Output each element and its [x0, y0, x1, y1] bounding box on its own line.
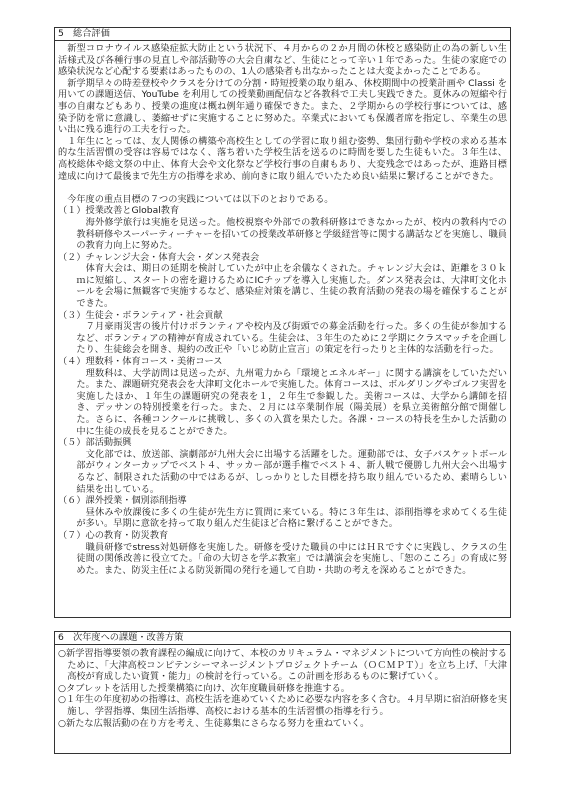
item-body: 理数科は、大学訪問は見送ったが、九州電力から「環境とエネルギー」に関する講演をし… — [58, 368, 507, 438]
section-body: 新型コロナウイルス感染症拡大防止という状況下、４月からの２か月間の休校と感染防止… — [55, 41, 510, 576]
item-body: 体育大会は、期日の延期を検討していたが中止を余儀なくされた。チャレンジ大会は、距… — [58, 263, 507, 309]
item-body: 文化部では、放送部、演劇部が九州大会に出場する活躍をした。運動部では、女子バスケ… — [58, 449, 507, 495]
item-body: 海外修学旅行は実施を見送った。他校視察や外部での教科研修はできなかったが、校内の… — [58, 217, 507, 252]
intro-text: 今年度の重点目標の７つの実践については以下のとおりである。 — [58, 194, 507, 206]
paragraph: 新学期早々の時差登校やクラスを分けての分割・時短授業の取り組み、休校期間中の授業… — [58, 78, 507, 136]
item-body: 職員研修でstress対処研修を実施した。研修を受けた職員の中にはＨＲですぐに実… — [58, 542, 507, 577]
item-title: （５）部活動振興 — [58, 437, 507, 449]
item-title: （１）授業改善とGlobal教育 — [58, 205, 507, 217]
item-body: ７月豪雨災害の後片付けボランティアや校内及び街頭での募金活動を行った。多くの生徒… — [58, 321, 507, 356]
item-title: （３）生徒会・ボランティア・社会貢献 — [58, 310, 507, 322]
paragraph: １年生にとっては、友人関係の構築や高校生としての学習に取り組む姿勢、集団行動や学… — [58, 136, 507, 182]
spacer — [58, 182, 507, 194]
section-title: 6 次年度への課題・改善方策 — [55, 632, 510, 645]
bullet-item: ○タブレットを活用した授業構築に向け、次年度職員研修を推進する。 — [58, 683, 507, 695]
item-title: （７）心の教育・防災教育 — [58, 530, 507, 542]
item-title: （６）課外授業・個別添削指導 — [58, 495, 507, 507]
bullet-item: ○新学習指導要領の教育課程の編成に向けて、本校のカリキュラム・マネジメントについ… — [58, 648, 507, 683]
item-title: （４）理数科・体育コース・美術コース — [58, 356, 507, 368]
item-body: 昼休みや放課後に多くの生徒が先生方に質問に来ている。特に３年生は、添削指導を求め… — [58, 507, 507, 530]
item-title: （２）チャレンジ大会・体育大会・ダンス発表会 — [58, 252, 507, 264]
section-title: 5 総合評価 — [55, 28, 510, 41]
section-overall-evaluation: 5 総合評価 新型コロナウイルス感染症拡大防止という状況下、４月からの２か月間の… — [54, 27, 511, 618]
bullet-item: ○１年生の年度初めの指導は、高校生活を進めていくために必要な内容を多く含む。４月… — [58, 694, 507, 717]
section-next-year-issues: 6 次年度への課題・改善方策 ○新学習指導要領の教育課程の編成に向けて、本校のカ… — [54, 631, 511, 754]
section-body: ○新学習指導要領の教育課程の編成に向けて、本校のカリキュラム・マネジメントについ… — [55, 645, 510, 729]
paragraph: 新型コロナウイルス感染症拡大防止という状況下、４月からの２か月間の休校と感染防止… — [58, 43, 507, 78]
bullet-item: ○新たな広報活動の在り方を考え、生徒募集にさらなる努力を重ねていく。 — [58, 718, 507, 730]
